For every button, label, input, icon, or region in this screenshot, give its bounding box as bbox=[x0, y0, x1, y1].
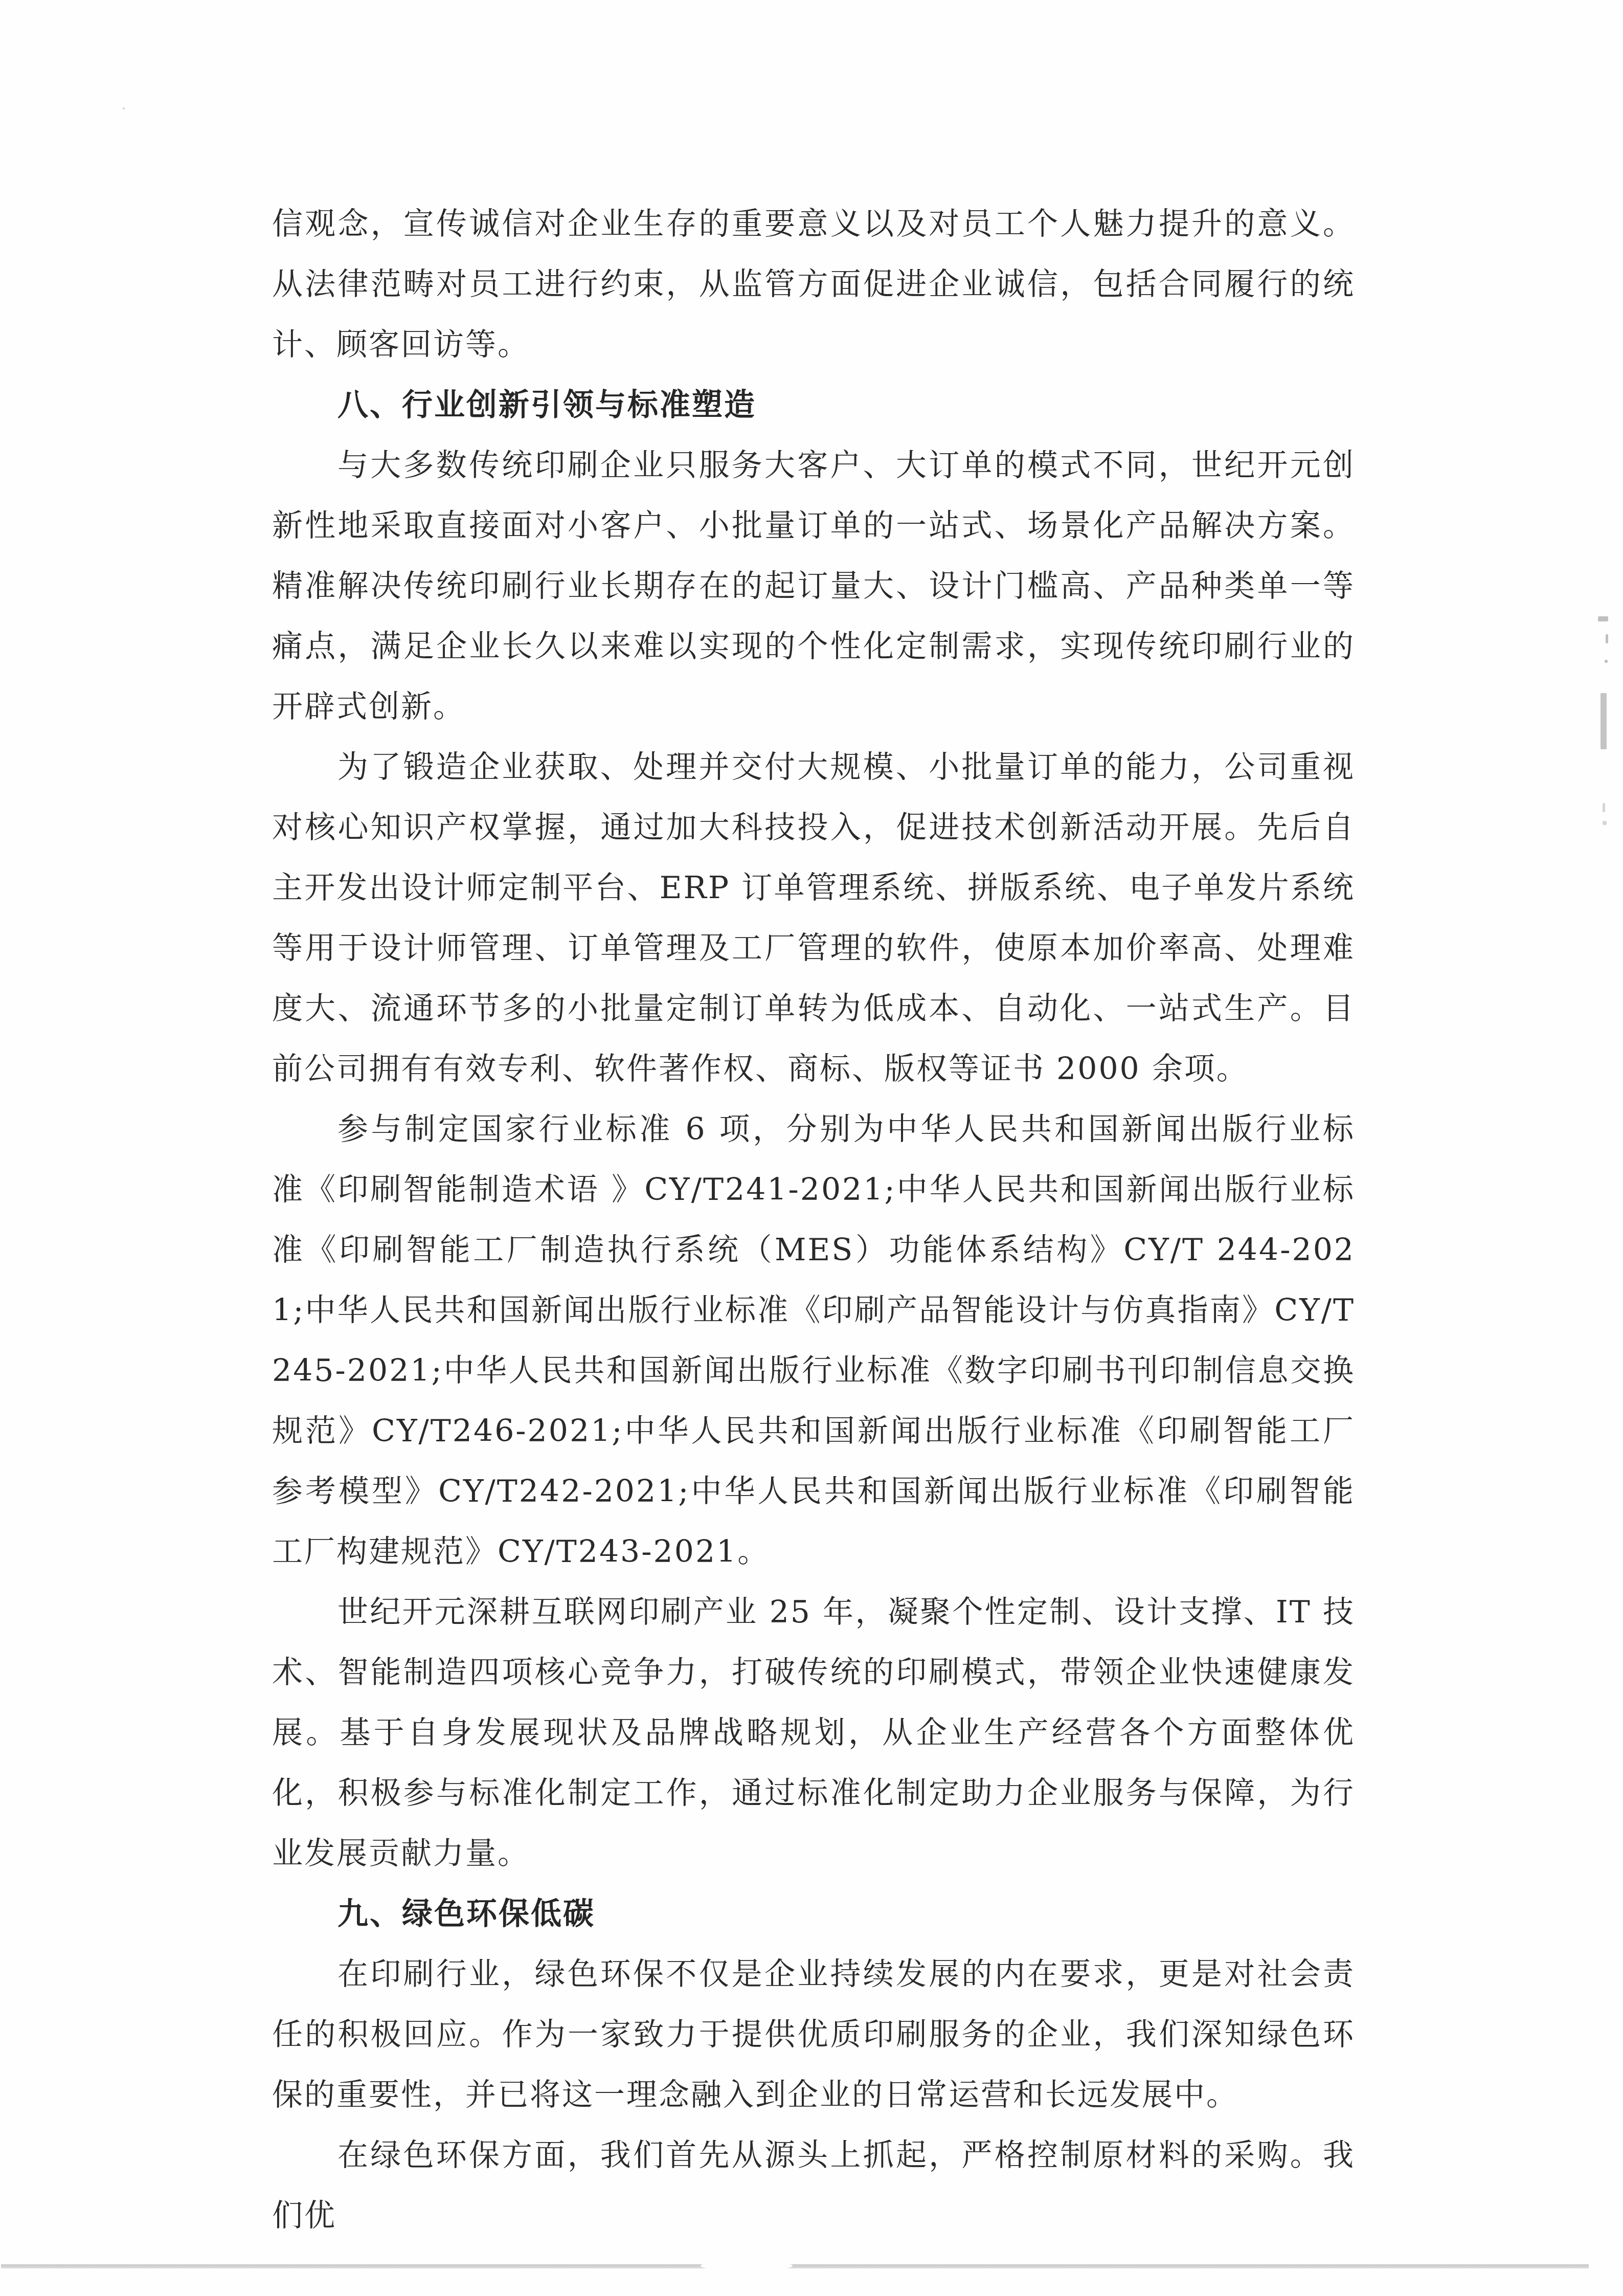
paragraph-innovation-model: 与大多数传统印刷企业只服务大客户、大订单的模式不同，世纪开元创新性地采取直接面对… bbox=[272, 435, 1355, 737]
scan-artifact-mark bbox=[1605, 660, 1608, 663]
scan-dust bbox=[123, 107, 125, 109]
paragraph-integrity-continuation: 信观念，宣传诚信对企业生存的重要意义以及对员工个人魅力提升的意义。从法律范畴对员… bbox=[272, 194, 1355, 375]
scan-artifact-mark bbox=[1603, 803, 1605, 812]
scan-artifact-mark bbox=[1603, 821, 1607, 825]
scan-bottom-edge bbox=[1, 2264, 1589, 2268]
paragraph-core-competencies: 世纪开元深耕互联网印刷产业 25 年，凝聚个性定制、设计支撑、IT 技术、智能制… bbox=[272, 1582, 1355, 1884]
paragraph-industry-standards: 参与制定国家行业标准 6 项，分别为中华人民共和国新闻出版行业标 准《印刷智能制… bbox=[272, 1099, 1355, 1582]
scanned-page: 信观念，宣传诚信对企业生存的重要意义以及对员工个人魅力提升的意义。从法律范畴对员… bbox=[0, 0, 1623, 2296]
scan-artifact-mark bbox=[1598, 616, 1608, 621]
paragraph-green-sourcing: 在绿色环保方面，我们首先从源头上抓起，严格控制原材料的采购。我们优 bbox=[272, 2125, 1355, 2246]
paragraph-green-intro: 在印刷行业，绿色环保不仅是企业持续发展的内在要求，更是对社会责任的积极回应。作为… bbox=[272, 1944, 1355, 2125]
section-heading-9: 九、绿色环保低碳 bbox=[272, 1884, 1355, 1944]
document-body: 信观念，宣传诚信对企业生存的重要意义以及对员工个人魅力提升的意义。从法律范畴对员… bbox=[272, 194, 1355, 2246]
scan-artifact-mark bbox=[1606, 634, 1608, 643]
section-heading-8: 八、行业创新引领与标准塑造 bbox=[272, 375, 1355, 435]
paragraph-ip-software: 为了锻造企业获取、处理并交付大规模、小批量订单的能力，公司重视对核心知识产权掌握… bbox=[272, 737, 1355, 1099]
scan-artifact-mark bbox=[1601, 693, 1607, 749]
scan-bottom-edge-gap bbox=[701, 2261, 793, 2271]
